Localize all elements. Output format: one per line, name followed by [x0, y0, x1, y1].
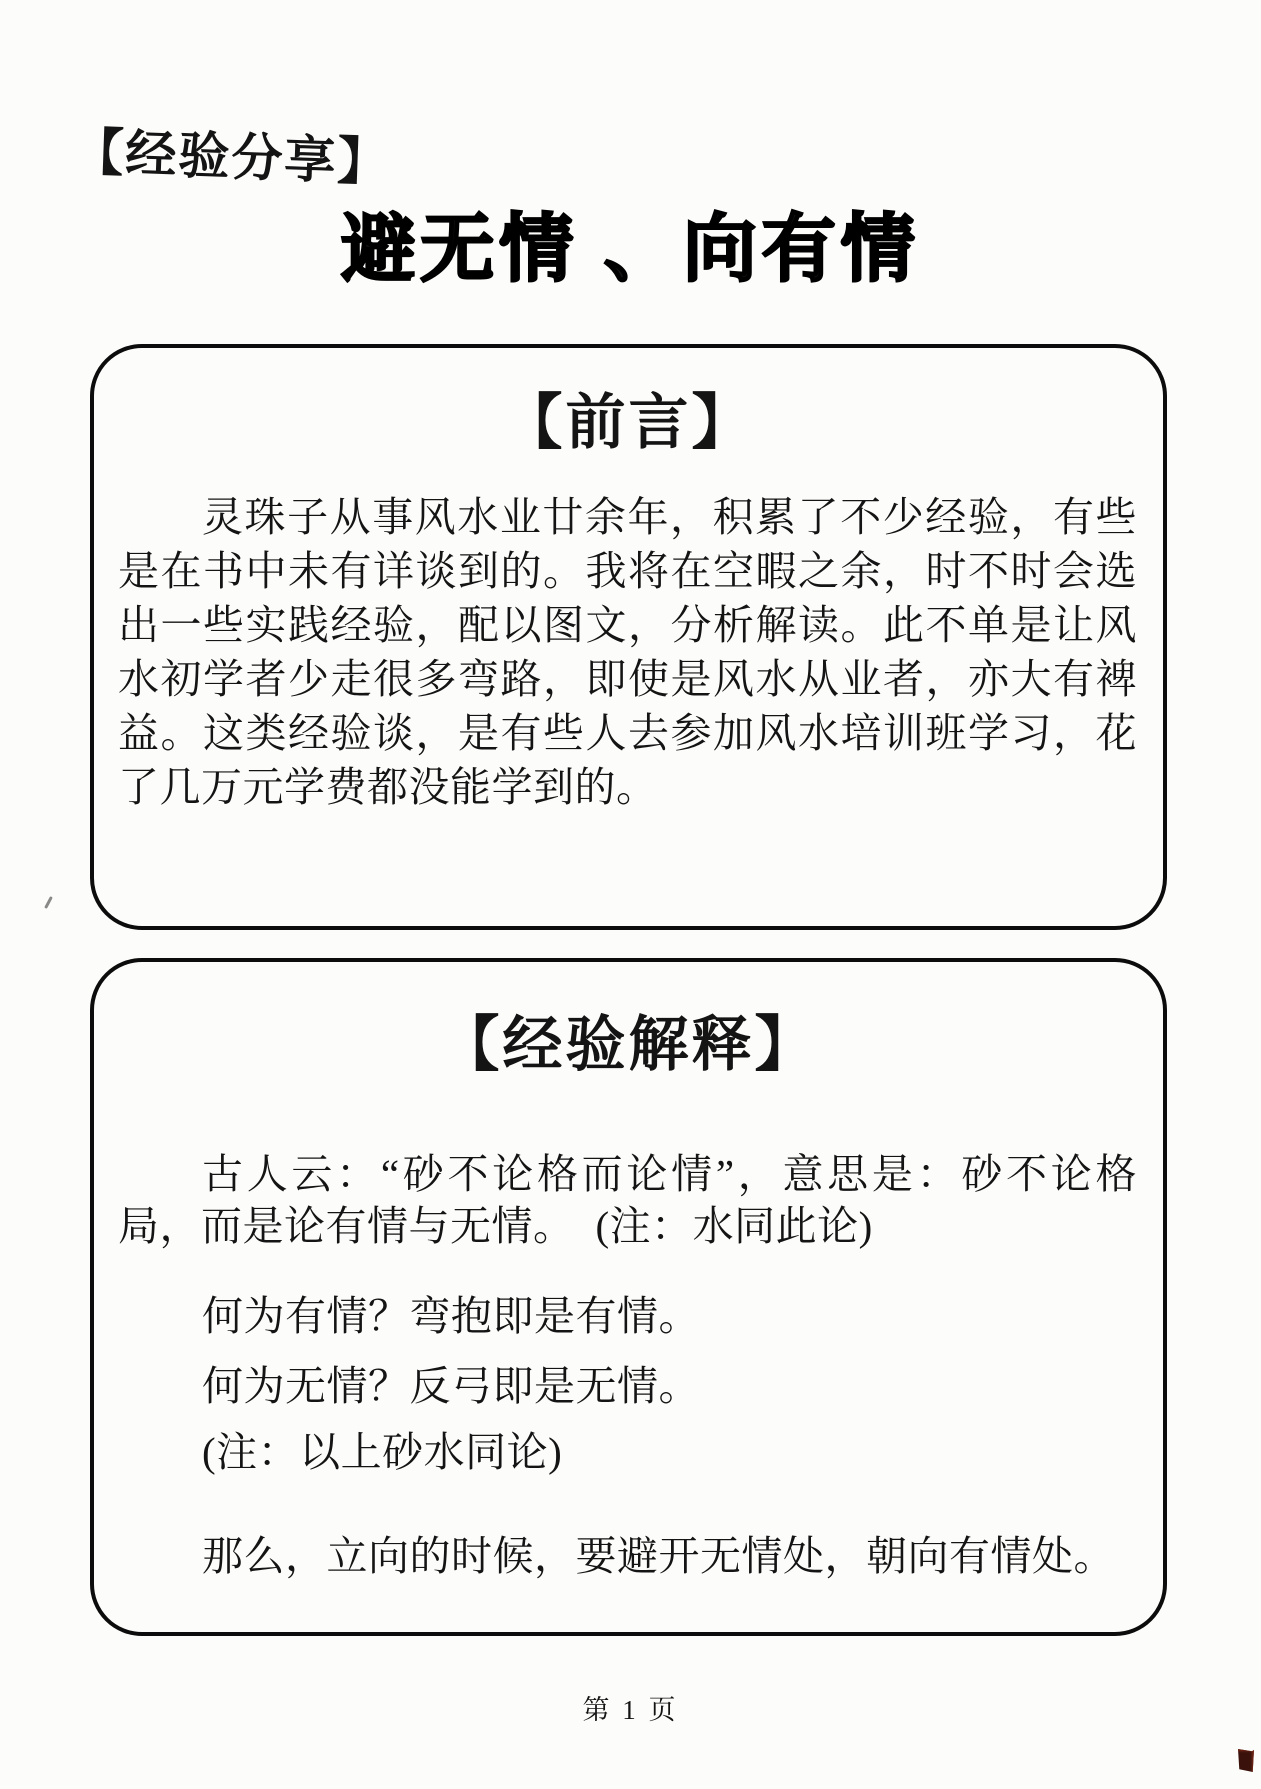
line-youqing: 何为有情？弯抱即是有情。	[118, 1290, 1137, 1342]
paragraph-line: 灵珠子从事风水业廿余年，积累了不少经验，有些	[118, 490, 1137, 544]
explanation-paragraph: 古人云：“砂不论格而论情”，意思是：砂不论格 局，而是论有情与无情。 (注：水同…	[118, 1148, 1137, 1252]
preface-heading: 【前言】	[94, 384, 1163, 462]
paragraph-line: 局，而是论有情与无情。 (注：水同此论)	[118, 1200, 1137, 1252]
stray-mark	[44, 896, 53, 909]
document-page: 【经验分享】 避无情 、向有情 【前言】 灵珠子从事风水业廿余年，积累了不少经验…	[0, 0, 1261, 1789]
paragraph-line: 水初学者少走很多弯路，即使是风水从业者，亦大有裨	[118, 652, 1137, 706]
paragraph-line: 是在书中未有详谈到的。我将在空暇之余，时不时会选	[118, 544, 1137, 598]
preface-paragraph: 灵珠子从事风水业廿余年，积累了不少经验，有些 是在书中未有详谈到的。我将在空暇之…	[118, 490, 1137, 814]
conclusion-line: 那么，立向的时候，要避开无情处，朝向有情处。	[118, 1530, 1137, 1582]
paragraph-line: 了几万元学费都没能学到的。	[118, 760, 1137, 814]
page-number: 第 1 页	[0, 1688, 1261, 1727]
paragraph-line: 古人云：“砂不论格而论情”，意思是：砂不论格	[118, 1148, 1137, 1200]
explanation-heading: 【经验解释】	[94, 1006, 1163, 1084]
document-title: 避无情 、向有情	[0, 190, 1261, 296]
paragraph-line: 出一些实践经验，配以图文，分析解读。此不单是让风	[118, 598, 1137, 652]
note-line: (注：以上砂水同论)	[118, 1426, 1137, 1478]
paragraph-line: 益。这类经验谈，是有些人去参加风水培训班学习，花	[118, 706, 1137, 760]
explanation-box: 【经验解释】 古人云：“砂不论格而论情”，意思是：砂不论格 局，而是论有情与无情…	[90, 958, 1167, 1636]
ink-mark	[1238, 1749, 1254, 1772]
line-wuqing: 何为无情？反弓即是无情。	[118, 1360, 1137, 1412]
experience-share-tag: 【经验分享】	[71, 110, 391, 195]
preface-box: 【前言】 灵珠子从事风水业廿余年，积累了不少经验，有些 是在书中未有详谈到的。我…	[90, 344, 1167, 930]
